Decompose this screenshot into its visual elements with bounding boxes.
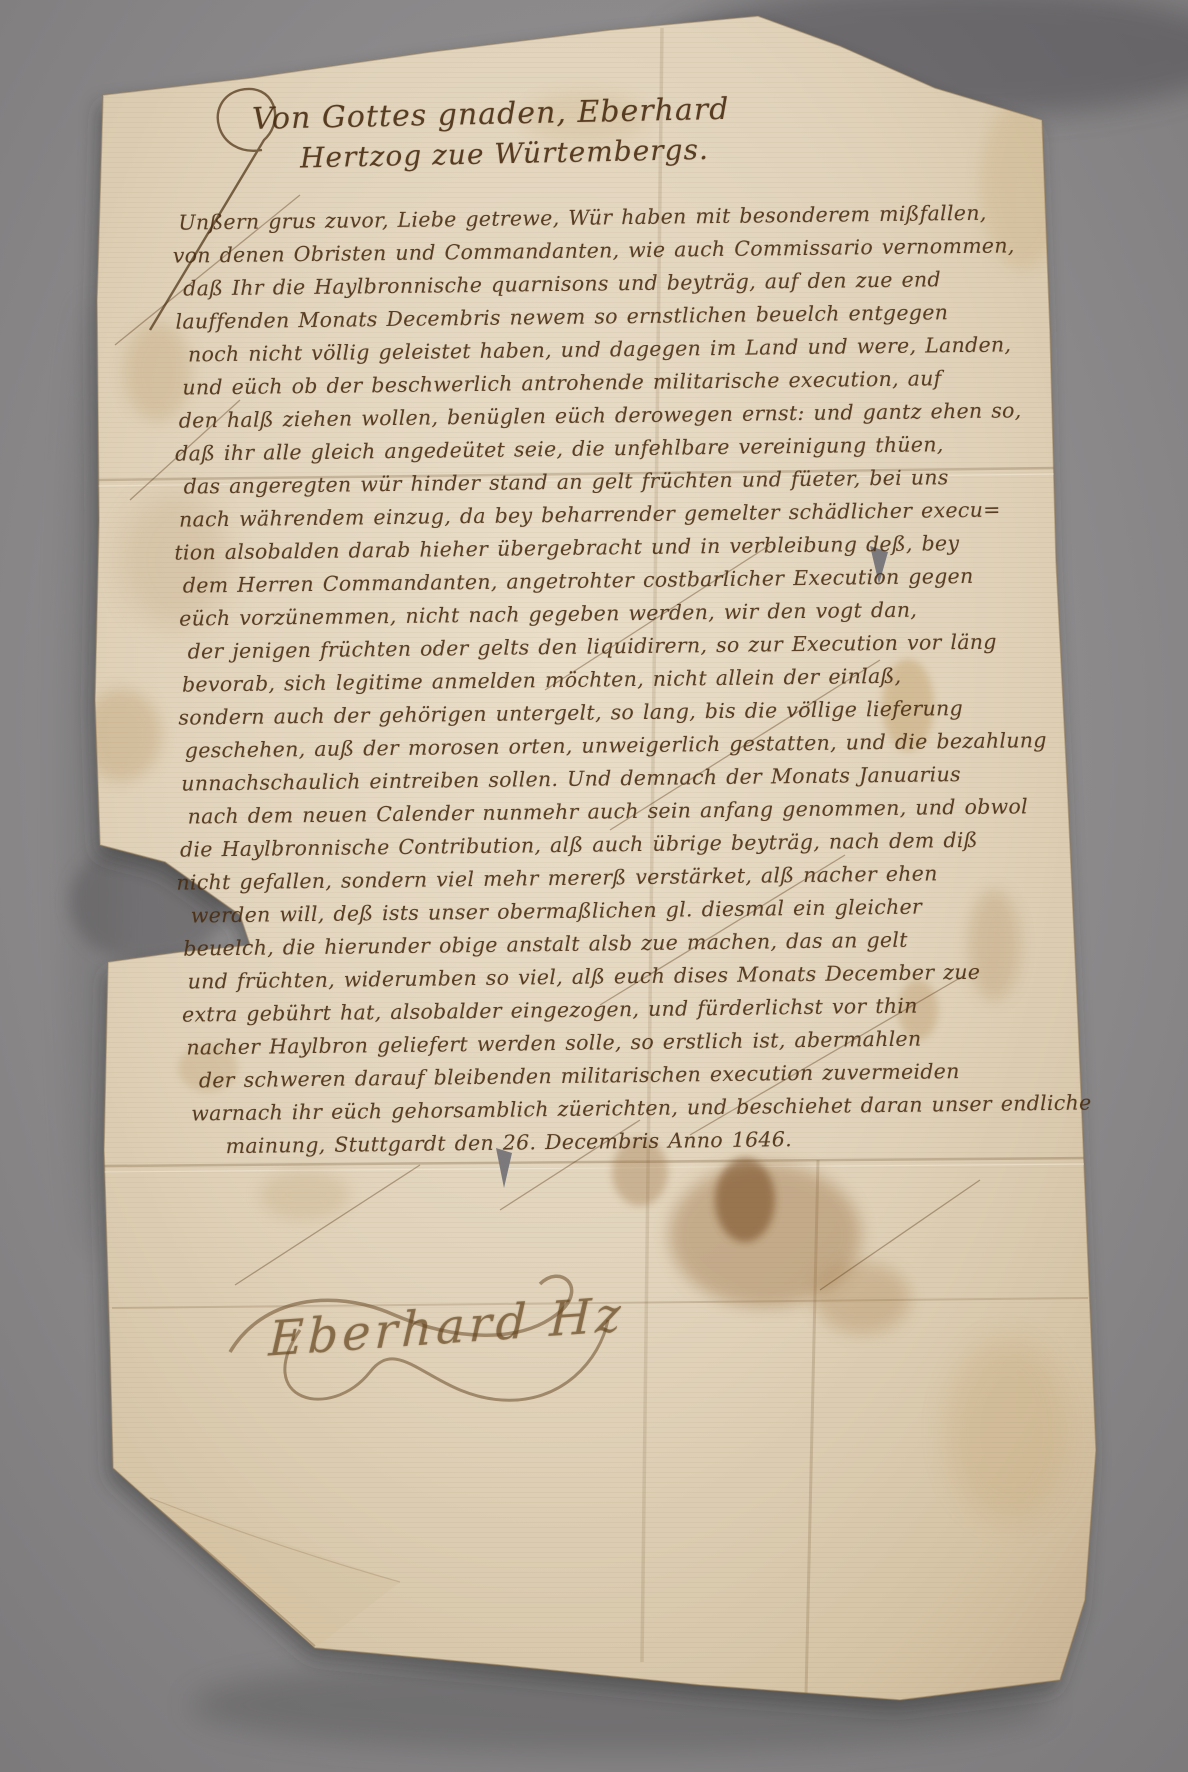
foxing-spot (124, 322, 192, 422)
water-stain-right (882, 659, 934, 751)
ink-stain-core (715, 1158, 775, 1242)
verso-show-through (120, 490, 230, 630)
water-stain-bottom-right (814, 1262, 910, 1334)
water-stain-edge (968, 889, 1020, 1001)
photograph-of-manuscript: Von Gottes gnaden, Eberhard Hertzog zue … (0, 0, 1188, 1772)
toning-bottom-right (946, 1338, 1070, 1522)
ink-stain-small (612, 1138, 668, 1206)
toning-top (523, 92, 647, 144)
foxing-spot (259, 1169, 351, 1221)
manuscript-photo-svg (0, 0, 1188, 1772)
foxing-spot (178, 1044, 238, 1092)
